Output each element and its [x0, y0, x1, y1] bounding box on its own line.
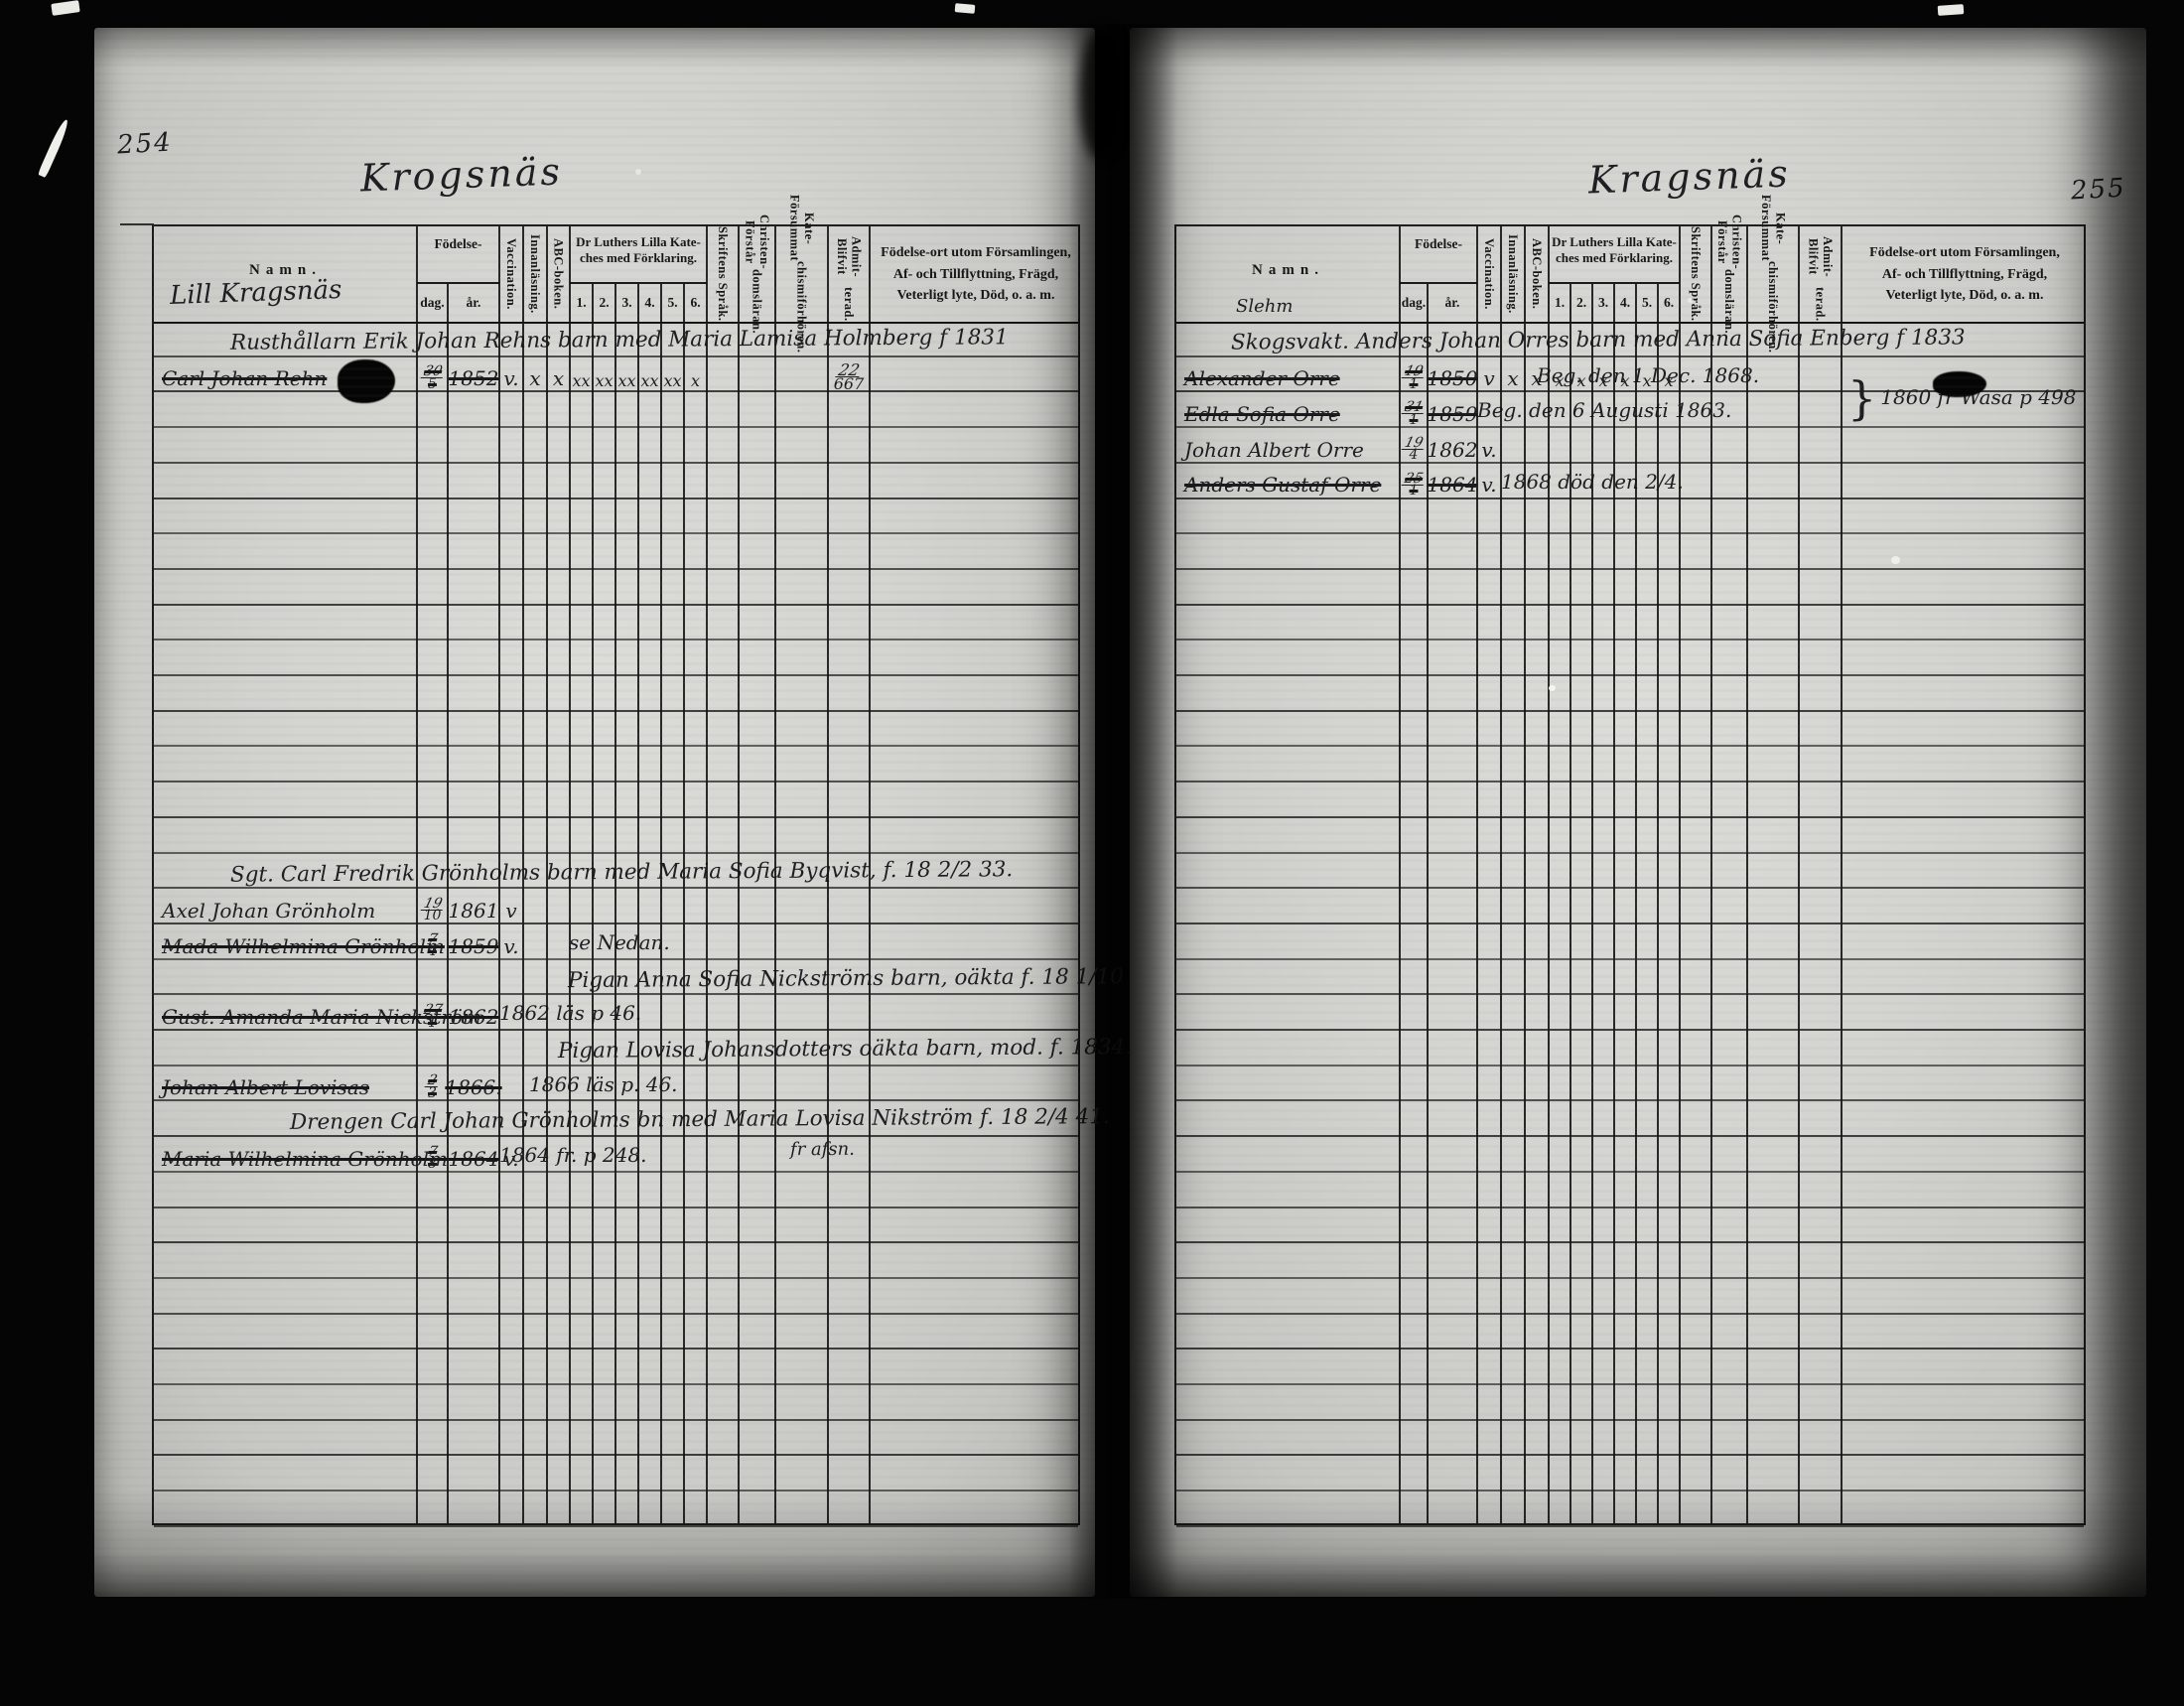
ink-blot	[338, 359, 395, 403]
fodelse-label: Födelse-	[1400, 236, 1477, 252]
table-column-line	[774, 226, 776, 1523]
column-forsummat-katechismiforhoren: Försummat Kate-chismiförhören.	[775, 226, 828, 322]
dag-label: dag.	[1400, 284, 1428, 322]
table-column-line	[498, 226, 500, 1523]
table-column-line	[1500, 226, 1502, 1523]
table-column-line	[1657, 284, 1659, 1523]
entry-birth-year: 1862	[448, 995, 499, 1029]
table-row-line	[1176, 604, 2084, 606]
table-row-line	[1176, 1277, 2084, 1279]
entry-kateches-mark: xx	[593, 357, 615, 391]
column-namn: Namn. Lill Kragsnäs	[154, 226, 417, 322]
entry-vaccination-mark: v.	[1477, 428, 1501, 462]
table-column-line	[683, 284, 685, 1523]
entry-birth-year: 1859	[448, 924, 499, 958]
page-number-left: 254	[116, 128, 173, 161]
table-column-line	[660, 284, 662, 1523]
table-header: Namn. Födelse- dag. år. Vaccination. Inn…	[1176, 226, 2084, 324]
column-skriftens-sprak: Skriftens Språk.	[707, 226, 739, 322]
entry-birth-day: 251	[1400, 464, 1428, 498]
scan-artifact	[1688, 298, 1694, 303]
table-row-line	[1176, 674, 2084, 676]
table-column-line	[1613, 284, 1615, 1523]
table-row-line	[1176, 1029, 2084, 1031]
table-row: Alexander Orre1911850vxxxxxxxxBeg. den 1…	[1176, 357, 2084, 393]
entry-birth-day: 23	[417, 1066, 448, 1100]
register-page-right: 255 Kragsnäs Namn. Födelse- dag. år. Vac…	[1130, 28, 2146, 1597]
entry-vaccination-mark: v.	[499, 924, 523, 958]
entry-name: Gust. Amanda Maria Nickström	[154, 995, 417, 1029]
table-row-line	[1176, 745, 2084, 747]
column-vaccination: Vaccination.	[499, 226, 523, 322]
entry-admitterad-value: 22667	[828, 357, 870, 391]
entry-birth-year: 1864	[448, 1137, 499, 1171]
table-row-line	[1176, 923, 2084, 924]
column-fodelse: Födelse- dag. år.	[417, 226, 499, 322]
column-blifvit-admitterad: Blifvit Admit-terad.	[828, 226, 870, 322]
column-forstar-christendomslaran: Förstår Christen-domsläran.	[739, 226, 775, 322]
entry-birth-year: 1866.	[448, 1066, 499, 1100]
namn-handwritten-note: Lill Kragsnäs	[170, 275, 342, 311]
entry-note: 1866 läs p. 46.	[529, 1072, 678, 1096]
handwritten-pre-note: Slehm	[1236, 296, 1293, 317]
entry-name: Axel Johan Grönholm	[154, 889, 417, 923]
table-row-line	[1176, 816, 2084, 818]
entry-birth-day: 1910	[417, 889, 448, 923]
table-column-line	[447, 284, 449, 1523]
column-innanlasning: Innanläsning.	[523, 226, 547, 322]
table-row-line	[1176, 1348, 2084, 1350]
table-column-line	[706, 226, 708, 1523]
entry-birth-day: 305	[417, 357, 448, 391]
page-heading-left: Krogsnäs	[359, 149, 563, 200]
entry-vaccination-mark: v.	[1477, 464, 1501, 498]
entry-kateches-mark: x	[684, 357, 707, 391]
entry-birth-day: 311	[1400, 392, 1428, 426]
entry-name: Johan Albert Orre	[1176, 428, 1400, 462]
table-row-line	[1176, 1171, 2084, 1173]
fodelse-label: Födelse-	[417, 236, 499, 252]
entry-name: Maria Wilhelmina Grönholm	[154, 1137, 417, 1171]
table-column-line	[592, 284, 594, 1523]
entry-abc-mark: x	[547, 357, 570, 391]
entry-birth-year: 1850	[1428, 357, 1477, 391]
entry-name: Alexander Orre	[1176, 357, 1400, 391]
entry-vaccination-mark: v	[1477, 357, 1501, 391]
entry-birth-day: 194	[1400, 428, 1428, 462]
table-column-line	[1524, 226, 1526, 1523]
entry-note: se Nedan.	[569, 930, 670, 954]
table-column-line	[1570, 284, 1571, 1523]
entry-vaccination-mark: v	[499, 889, 523, 923]
table-column-line	[1399, 226, 1401, 1523]
ar-label: år.	[448, 284, 499, 322]
table-column-line	[1476, 226, 1478, 1523]
scanned-register-spread: 254 Krogsnäs Namn. Lill Kragsnäs Födelse…	[0, 0, 2184, 1706]
entry-birth-day: 271	[417, 995, 448, 1029]
dag-label: dag.	[417, 284, 448, 322]
entry-birth-year: 1862	[1428, 428, 1477, 462]
entry-birth-day: 191	[1400, 357, 1428, 391]
entry-birth-day: 78	[417, 1137, 448, 1171]
table-row-line	[1176, 1313, 2084, 1315]
table-row-line	[1176, 639, 2084, 640]
table-column-line	[546, 226, 548, 1523]
table-row: Johan Albert Orre1941862v.	[1176, 428, 2084, 464]
entry-birth-day: 74	[417, 924, 448, 958]
family-header-row: Skogsvakt. Anders Johan Orres barn med A…	[1231, 325, 1966, 355]
column-fodelseort: Födelse-ort utom Församlingen,Af- och Ti…	[870, 226, 1082, 322]
entry-birth-year: 1852	[448, 357, 499, 391]
table-column-line	[614, 284, 616, 1523]
family-header-row: Pigan Anna Sofia Nickströms barn, oäkta …	[568, 963, 1164, 992]
entry-birth-year: 1861	[448, 889, 499, 923]
table-row-line	[1176, 1135, 2084, 1137]
family-header-row: Rusthållarn Erik Johan Rehns barn med Ma…	[230, 325, 1009, 355]
table-row-line	[1176, 1383, 2084, 1385]
column-forsummat-katechismiforhoren: Försummat Kate-chismiförhören.	[1747, 226, 1799, 322]
scan-artifact	[635, 169, 641, 175]
table-column-line	[1427, 284, 1429, 1523]
table-row: Edla Sofia Orre3111859Beg. den 6 Augusti…	[1176, 392, 2084, 428]
heading-rule	[120, 223, 154, 225]
table-row-line	[1176, 1490, 2084, 1492]
table-column-line	[1548, 226, 1550, 1523]
table-column-line	[522, 226, 524, 1523]
entry-birth-year: 1859	[1428, 392, 1477, 426]
scan-artifact	[1938, 4, 1965, 16]
table-row: Anders Gustaf Orre2511864v.1868 död den …	[1176, 464, 2084, 499]
table-column-line	[1679, 226, 1681, 1523]
column-vaccination: Vaccination.	[1477, 226, 1501, 322]
page-number-right: 255	[2070, 174, 2126, 207]
table-row-line	[1176, 781, 2084, 782]
entry-name: Johan Albert Lovisas	[154, 1066, 417, 1100]
entry-kateches-mark: xx	[661, 357, 684, 391]
column-abc-boken: ABC-boken.	[1525, 226, 1549, 322]
entry-name: Mada Wilhelmina Grönholm	[154, 924, 417, 958]
table-row-line	[1176, 852, 2084, 854]
entry-name: Anders Gustaf Orre	[1176, 464, 1400, 498]
table-row-line	[1176, 1207, 2084, 1208]
table-row-line	[1176, 1454, 2084, 1456]
table-row-line	[1176, 710, 2084, 712]
entry-vaccination-mark: v.	[499, 357, 523, 391]
family-header-row: Pigan Lovisa Johansdotters oäkta barn, m…	[558, 1035, 1132, 1064]
table-column-line	[569, 226, 571, 1523]
table-column-line	[1746, 226, 1748, 1523]
table-column-line	[869, 226, 871, 1523]
entry-innanlasning-mark: x	[523, 357, 547, 391]
table-column-line	[637, 284, 639, 1523]
entry-kateches-mark: xx	[615, 357, 638, 391]
table-row-line	[1176, 1065, 2084, 1066]
column-forstar-christendomslaran: Förstår Christen-domsläran.	[1711, 226, 1747, 322]
entry-birth-year: 1864	[1428, 464, 1477, 498]
column-fodelseort: Födelse-ort utom Församlingen,Af- och Ti…	[1842, 226, 2088, 322]
record-table-right: Namn. Födelse- dag. år. Vaccination. Inn…	[1174, 224, 2086, 1525]
scan-artifact	[51, 0, 79, 16]
table-column-line	[827, 226, 829, 1523]
ar-label: år.	[1428, 284, 1477, 322]
table-row-line	[154, 1525, 1078, 1527]
column-innanlasning: Innanläsning.	[1501, 226, 1525, 322]
table-column-line	[1841, 226, 1843, 1523]
scan-artifact	[38, 118, 70, 178]
family-header-row: Drengen Carl Johan Grönholms bn med Mari…	[290, 1105, 1110, 1136]
table-row-line	[1176, 1419, 2084, 1421]
register-page-left: 254 Krogsnäs Namn. Lill Kragsnäs Födelse…	[94, 28, 1095, 1597]
table-column-line	[416, 226, 418, 1523]
table-row-line	[1176, 1099, 2084, 1101]
table-row-line	[1176, 568, 2084, 570]
table-row-line	[1176, 958, 2084, 960]
table-row-line	[1176, 532, 2084, 534]
table-row-line	[1176, 993, 2084, 995]
entry-note: Beg. den 6 Augusti 1863.	[1477, 398, 1731, 422]
scan-artifact	[1891, 556, 1900, 564]
gutter-ink-shadow	[1080, 30, 1122, 159]
column-blifvit-admitterad: Blifvit Admit-terad.	[1799, 226, 1842, 322]
record-table-left: Namn. Lill Kragsnäs Födelse- dag. år. Va…	[152, 224, 1080, 1525]
family-header-row: Sgt. Carl Fredrik Grönholms barn med Mar…	[230, 857, 1013, 888]
table-body: SlehmSkogsvakt. Anders Johan Orres barn …	[1176, 322, 2084, 1523]
entry-innanlasning-mark: x	[1501, 357, 1525, 391]
entry-kateches-mark: xx	[570, 357, 593, 391]
table-column-line	[1798, 226, 1800, 1523]
entry-kateches-mark: xx	[638, 357, 661, 391]
table-column-line	[738, 226, 740, 1523]
table-row-line	[1176, 1525, 2084, 1527]
table-row-line	[1176, 1241, 2084, 1243]
table-row-line	[1176, 887, 2084, 889]
column-fodelse: Födelse- dag. år.	[1400, 226, 1477, 322]
entry-name: Edla Sofia Orre	[1176, 392, 1400, 426]
table-column-line	[1635, 284, 1637, 1523]
scan-artifact	[955, 3, 976, 14]
scan-artifact	[1549, 685, 1556, 691]
table-column-line	[1710, 226, 1712, 1523]
namn-label: Namn.	[1176, 262, 1400, 279]
column-skriftens-sprak: Skriftens Språk.	[1680, 226, 1711, 322]
column-abc-boken: ABC-boken.	[547, 226, 570, 322]
table-column-line	[1591, 284, 1593, 1523]
